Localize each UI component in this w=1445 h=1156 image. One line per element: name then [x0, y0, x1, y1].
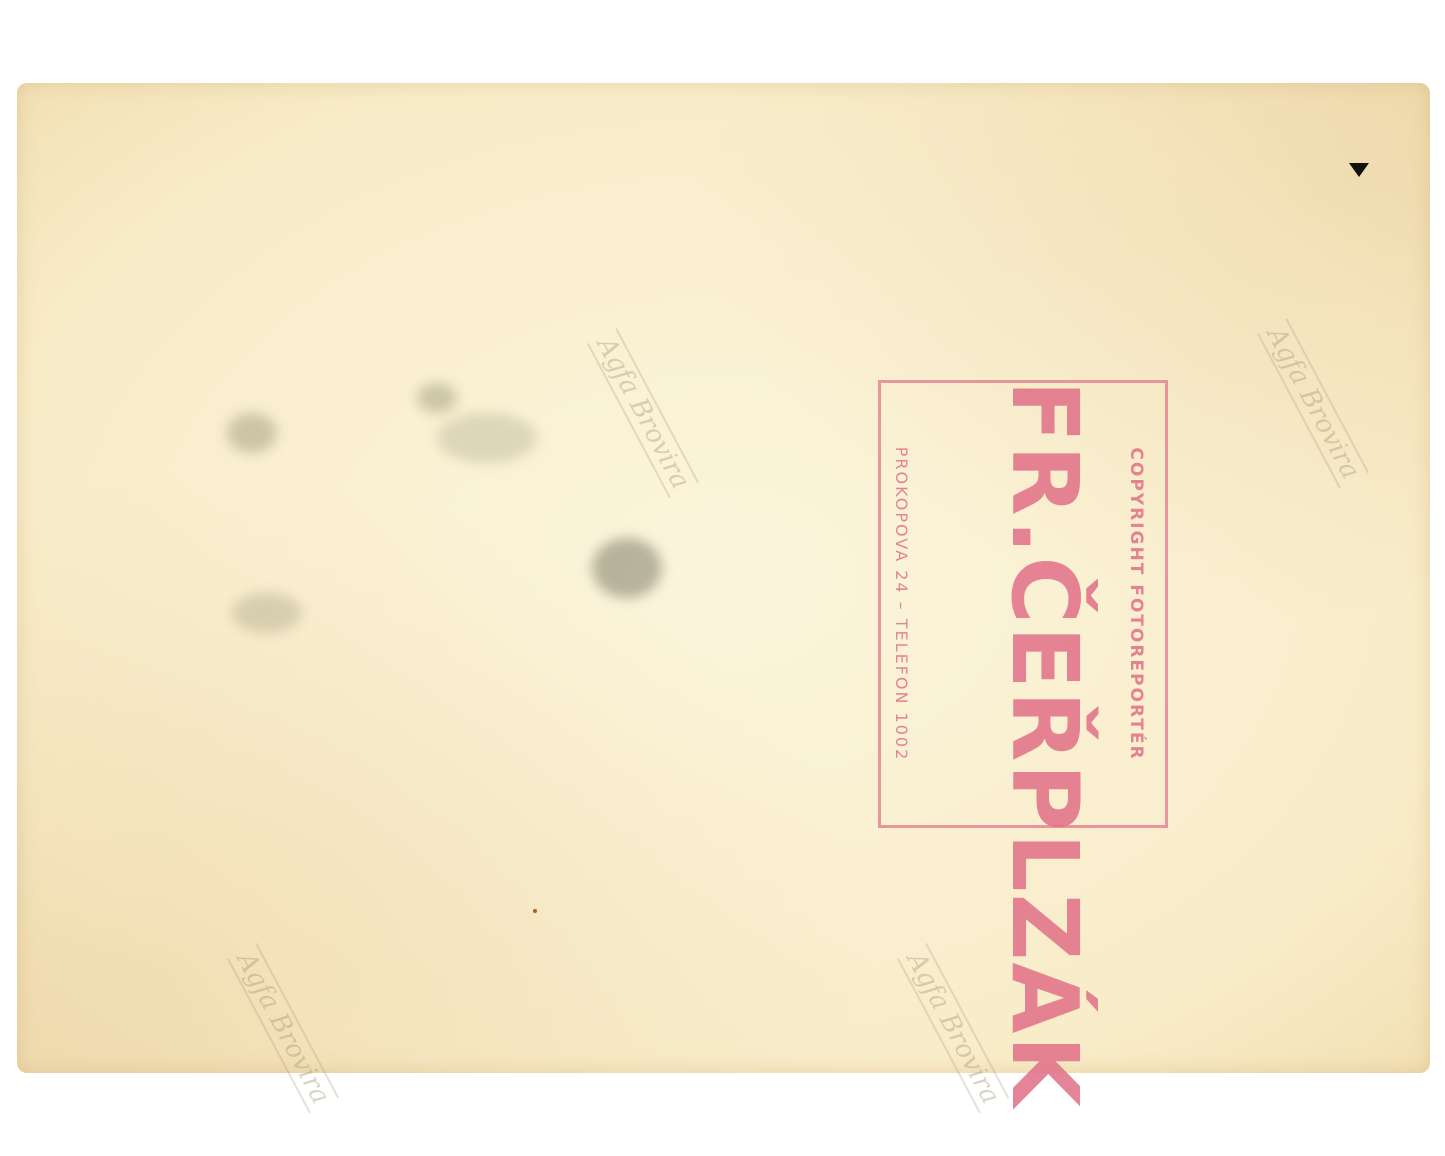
- photo-card-back: Agfa Brovira Agfa Brovira Agfa Brovira A…: [17, 83, 1430, 1073]
- photographer-stamp: COPYRIGHT FOTOREPORTÉR FR.ČEŘPLZÁK PROKO…: [878, 380, 1168, 828]
- stain: [437, 413, 537, 463]
- stain: [592, 538, 662, 598]
- watermark: Agfa Brovira: [227, 943, 339, 1113]
- watermark: Agfa Brovira: [587, 328, 699, 498]
- stamp-address: PROKOPOVA 24 – TELEFON 1002: [892, 380, 911, 828]
- watermark: Agfa Brovira: [1257, 318, 1369, 488]
- stain: [417, 383, 457, 413]
- stamp-copyright: COPYRIGHT FOTOREPORTÉR: [1126, 380, 1146, 828]
- stamp-name: FR.ČEŘPLZÁK: [991, 380, 1098, 828]
- stain: [227, 413, 277, 453]
- stain: [232, 593, 302, 633]
- spot: [533, 909, 537, 913]
- corner-tear: [1349, 163, 1369, 177]
